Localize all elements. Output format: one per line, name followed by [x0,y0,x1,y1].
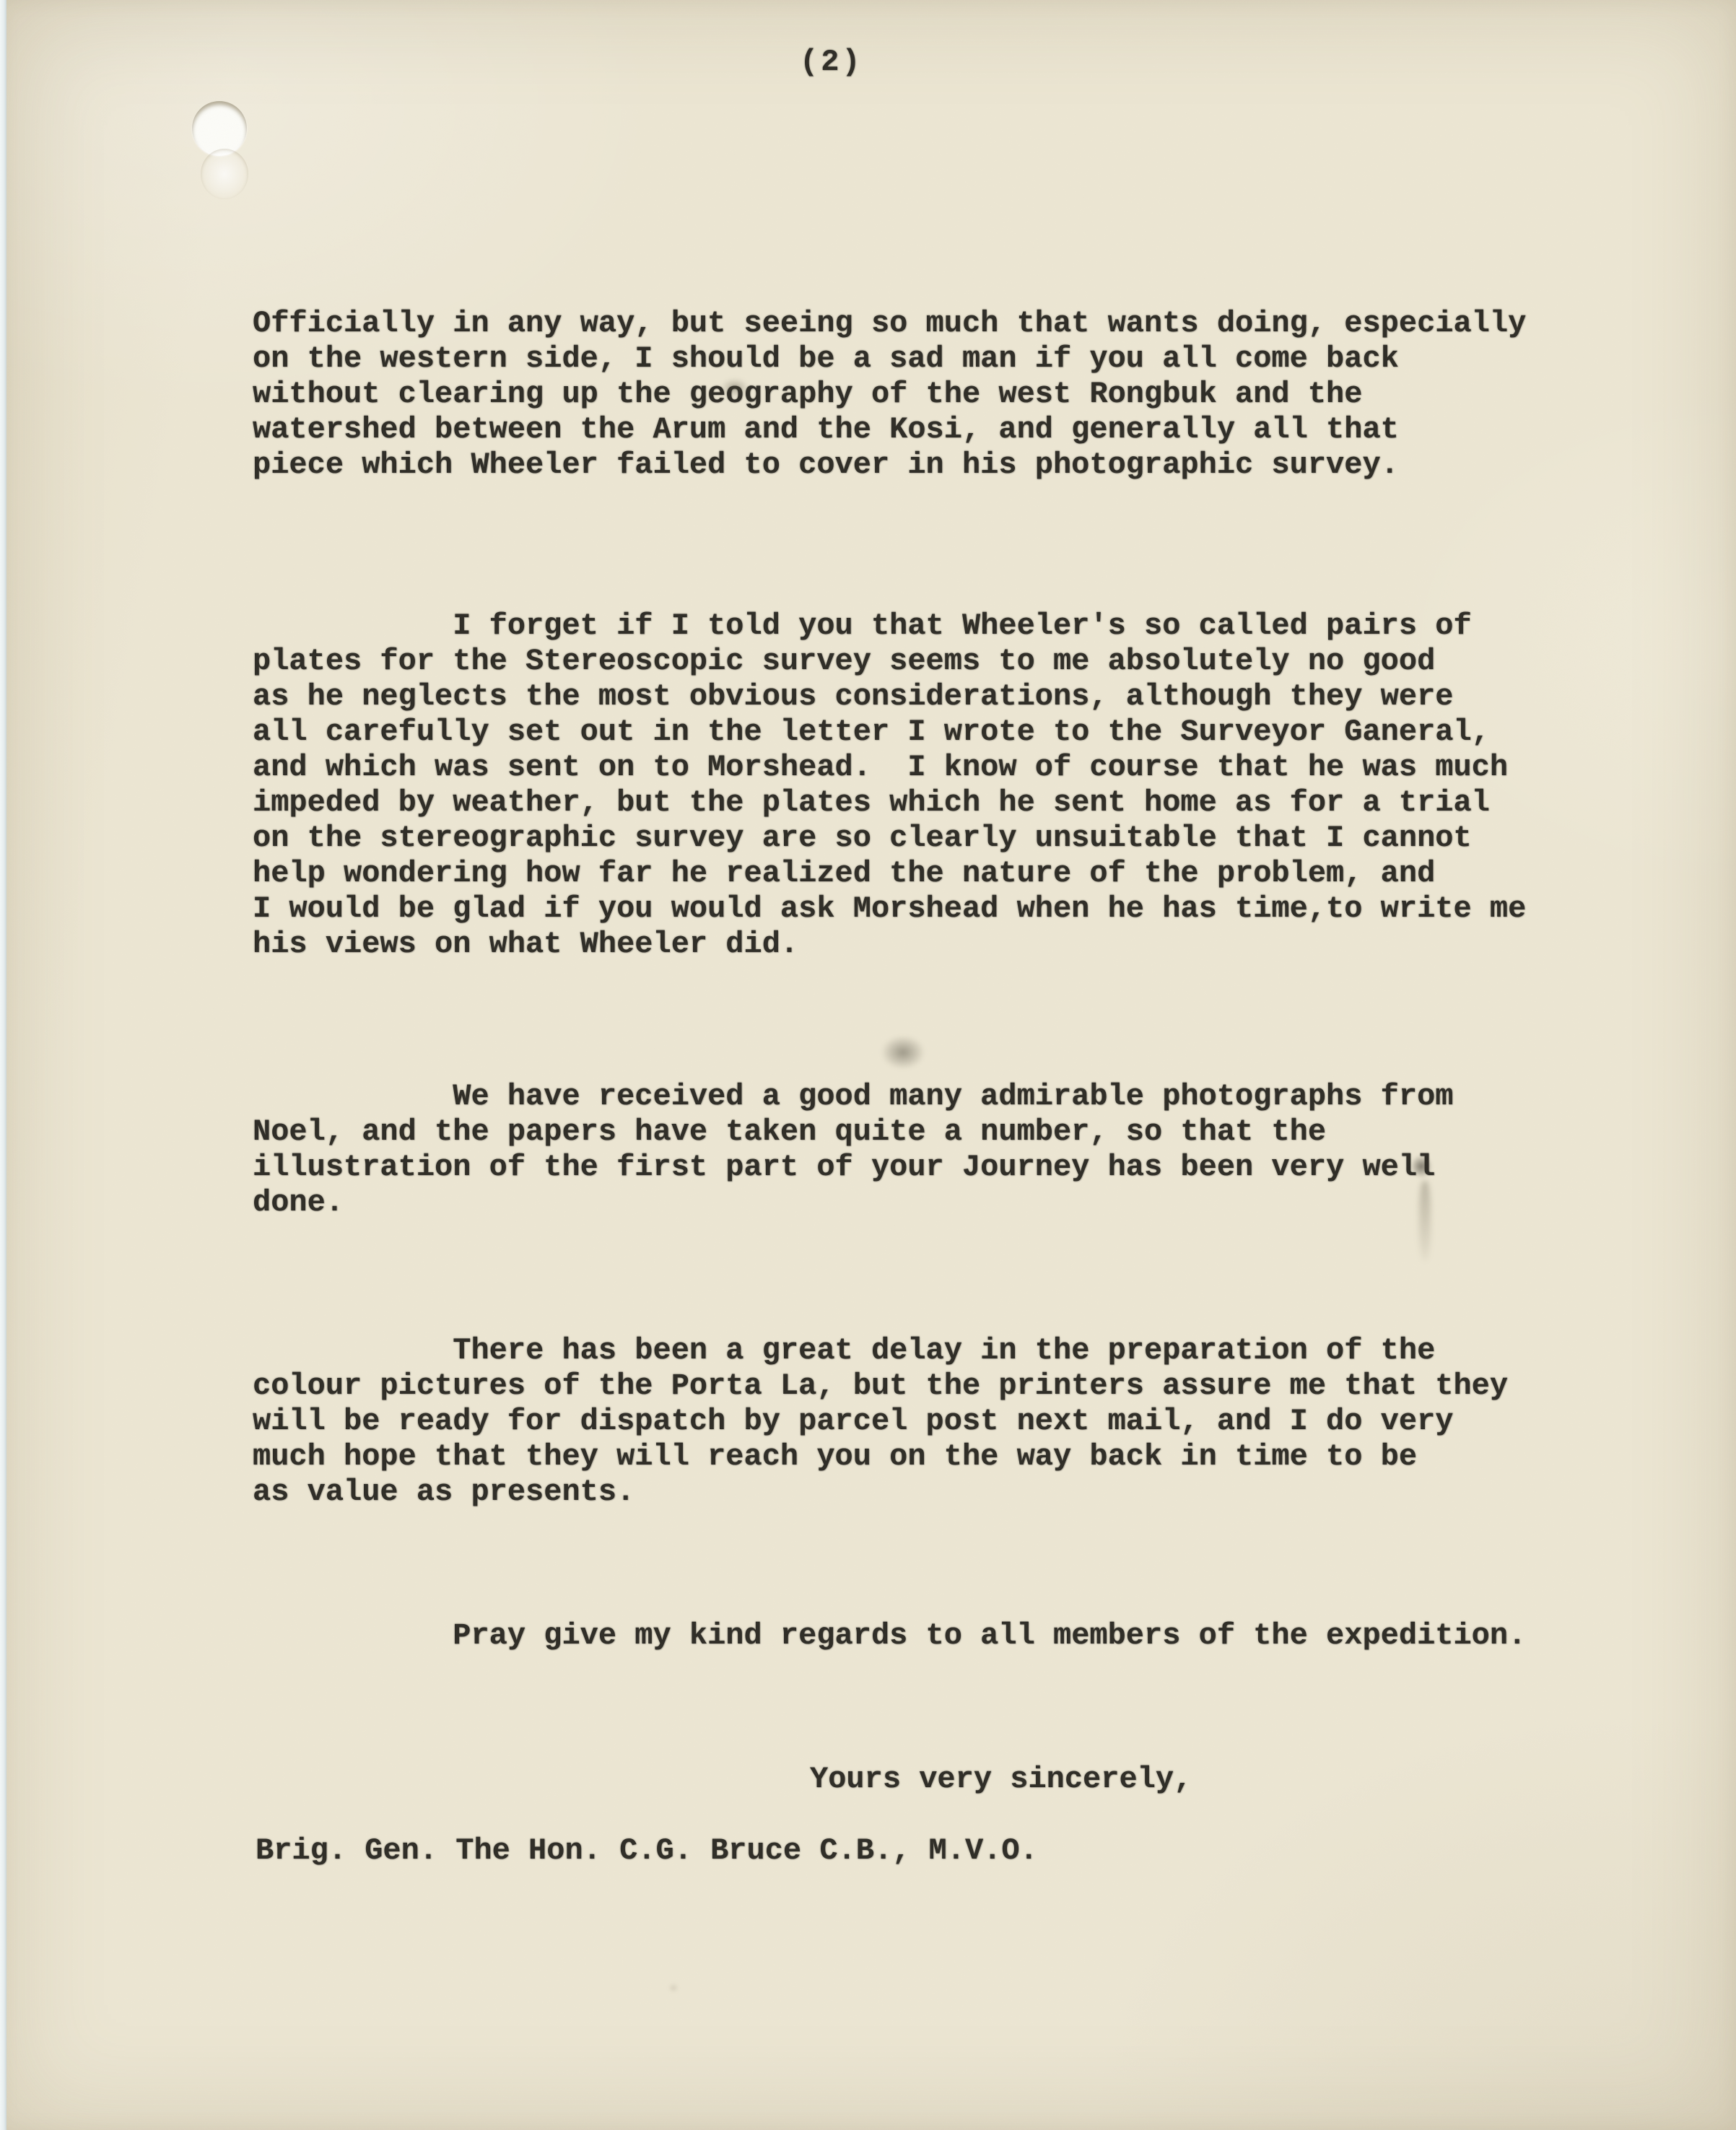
ink-streak [1419,1181,1431,1260]
scan-edge-strip [0,0,6,2130]
paragraph-2: I forget if I told you that Wheeler's so… [253,608,1574,962]
addressee-line: Brig. Gen. The Hon. C.G. Bruce C.B., M.V… [256,1833,1038,1869]
paper-sheet: (2) Officially in any way, but seeing so… [0,0,1736,2130]
punch-hole [192,101,247,156]
paragraph-4: There has been a great delay in the prep… [253,1333,1574,1510]
scanned-letter-page: (2) Officially in any way, but seeing so… [0,0,1736,2130]
punch-hole-impression [201,149,248,199]
ink-smudge [875,1031,931,1074]
signoff-line: Yours very sincerely, [810,1762,1574,1797]
ink-smudge [716,375,754,400]
paragraph-1: Officially in any way, but seeing so muc… [253,306,1574,483]
closing-regards-line: Pray give my kind regards to all members… [253,1618,1574,1654]
page-number: (2) [800,45,863,79]
ink-blot [1408,1152,1435,1181]
paragraph-3: We have received a good many admirable p… [253,1079,1574,1221]
paper-speck [668,1983,679,1992]
